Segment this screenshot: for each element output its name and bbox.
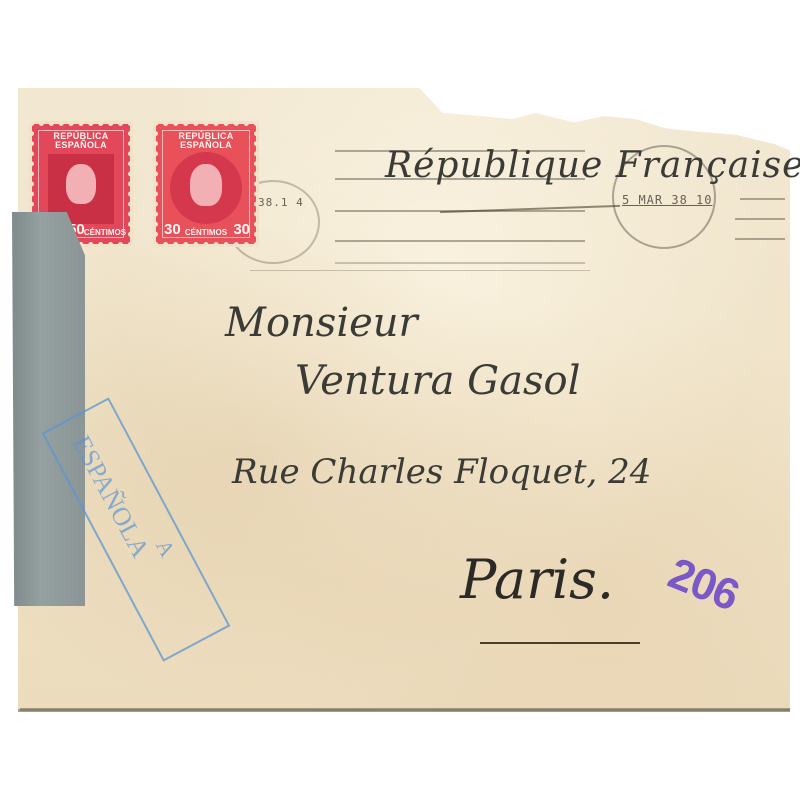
city-underline	[480, 642, 640, 644]
censor-tape	[12, 212, 85, 606]
face-icon	[190, 164, 222, 206]
handwritten-header: République Française	[385, 145, 800, 186]
address-recipient: Ventura Gasol	[295, 358, 580, 404]
french-postmark-date: 5 MAR 38 10	[622, 193, 712, 207]
address-city: Paris.	[460, 548, 614, 611]
stamp-country-text: REPÚBLICA ESPAÑOLA	[32, 132, 130, 150]
envelope-bottom-edge	[20, 708, 790, 711]
cancel-line	[335, 262, 585, 264]
cancel-line	[735, 238, 785, 240]
cancel-line	[735, 218, 785, 220]
stamp-30-centimos: REPÚBLICA ESPAÑOLA 30 30 CÉNTIMOS	[156, 124, 256, 244]
address-street: Rue Charles Floquet, 24	[232, 452, 651, 492]
cancel-line	[740, 198, 785, 200]
stamp-country-text: REPÚBLICA ESPAÑOLA	[156, 132, 256, 150]
censor-text-secondary: A	[150, 535, 180, 561]
cancel-line	[250, 270, 590, 271]
spanish-postmark-date: 38.1 4	[258, 196, 304, 209]
face-icon	[66, 164, 96, 204]
stamp-value-unit: CÉNTIMOS	[80, 228, 130, 237]
cancel-line	[335, 240, 585, 242]
stamp-value-unit: CÉNTIMOS	[156, 228, 256, 237]
portrait-icon	[170, 152, 242, 224]
address-salutation: Monsieur	[225, 300, 418, 346]
